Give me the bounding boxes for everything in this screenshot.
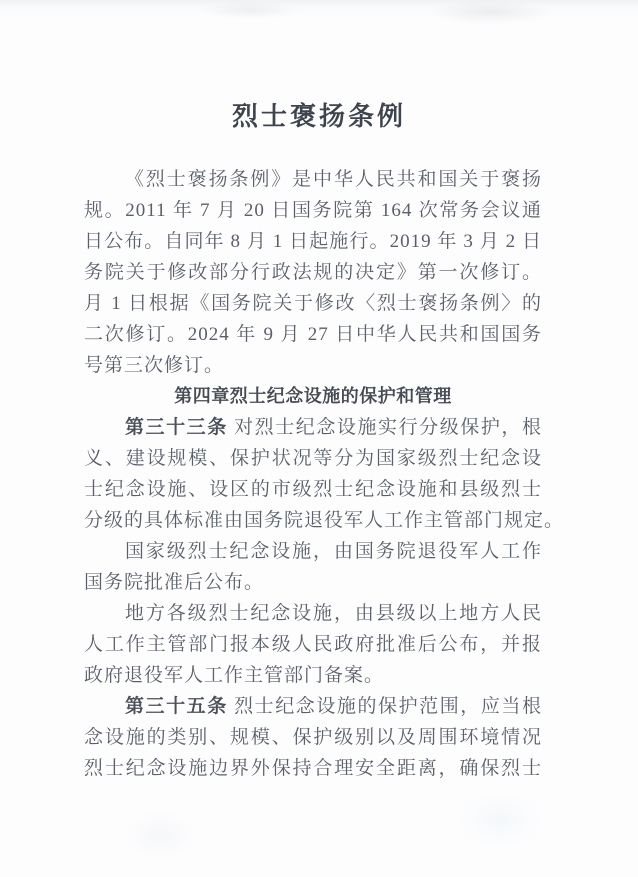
document-line: 烈士纪念设施边界外保持合理安全距离，确保烈士纪念设施周 <box>84 753 542 784</box>
chapter-heading: 第四章烈士纪念设施的保护和管理 <box>84 381 542 412</box>
document-line: 《烈士褒扬条例》是中华人民共和国关于褒扬烈士的法 <box>84 164 542 195</box>
document-line: 义、建设规模、保护状况等分为国家级烈士纪念设施、省级烈 <box>84 443 542 474</box>
document-line: 人工作主管部门报本级人民政府批准后公布，并报上一级人民 <box>84 629 542 660</box>
document-line: 二次修订。2024 年 9 月 27 日中华人民共和国国务院令第 791 <box>84 319 542 350</box>
document-title: 烈士褒扬条例 <box>0 96 638 133</box>
document-line: 政府退役军人工作主管部门备案。 <box>84 660 542 691</box>
scanned-document-page: 烈士褒扬条例 《烈士褒扬条例》是中华人民共和国关于褒扬烈士的法规。2011 年 … <box>0 0 638 877</box>
article-number: 第三十三条 <box>125 417 228 438</box>
document-line: 第三十五条 烈士纪念设施的保护范围，应当根据烈士纪 <box>84 691 542 722</box>
document-content: 《烈士褒扬条例》是中华人民共和国关于褒扬烈士的法规。2011 年 7 月 20 … <box>84 164 542 784</box>
document-line: 务院关于修改部分行政法规的决定》第一次修订。2019 年 8 <box>84 257 542 288</box>
document-line: 日公布。自同年 8 月 1 日起施行。2019 年 3 月 2 日根据《国 <box>84 226 542 257</box>
document-line: 地方各级烈士纪念设施，由县级以上地方人民政府退役军 <box>84 598 542 629</box>
document-line: 士纪念设施、设区的市级烈士纪念设施和县级烈士纪念设施。 <box>84 474 542 505</box>
document-line: 分级的具体标准由国务院退役军人工作主管部门规定。 <box>84 505 542 536</box>
document-line: 号第三次修订。 <box>84 350 542 381</box>
document-line: 国家级烈士纪念设施，由国务院退役军人工作主管部门报 <box>84 536 542 567</box>
document-line: 规。2011 年 7 月 20 日国务院第 164 次常务会议通过，7 月 26 <box>84 195 542 226</box>
document-line: 国务院批准后公布。 <box>84 567 542 598</box>
article-number: 第三十五条 <box>125 696 228 717</box>
document-line: 月 1 日根据《国务院关于修改〈烈士褒扬条例〉的决定》 第 <box>84 288 542 319</box>
document-line: 第三十三条 对烈士纪念设施实行分级保护，根据纪念意 <box>84 412 542 443</box>
document-line: 念设施的类别、规模、保护级别以及周围环境情况等划定，在 <box>84 722 542 753</box>
